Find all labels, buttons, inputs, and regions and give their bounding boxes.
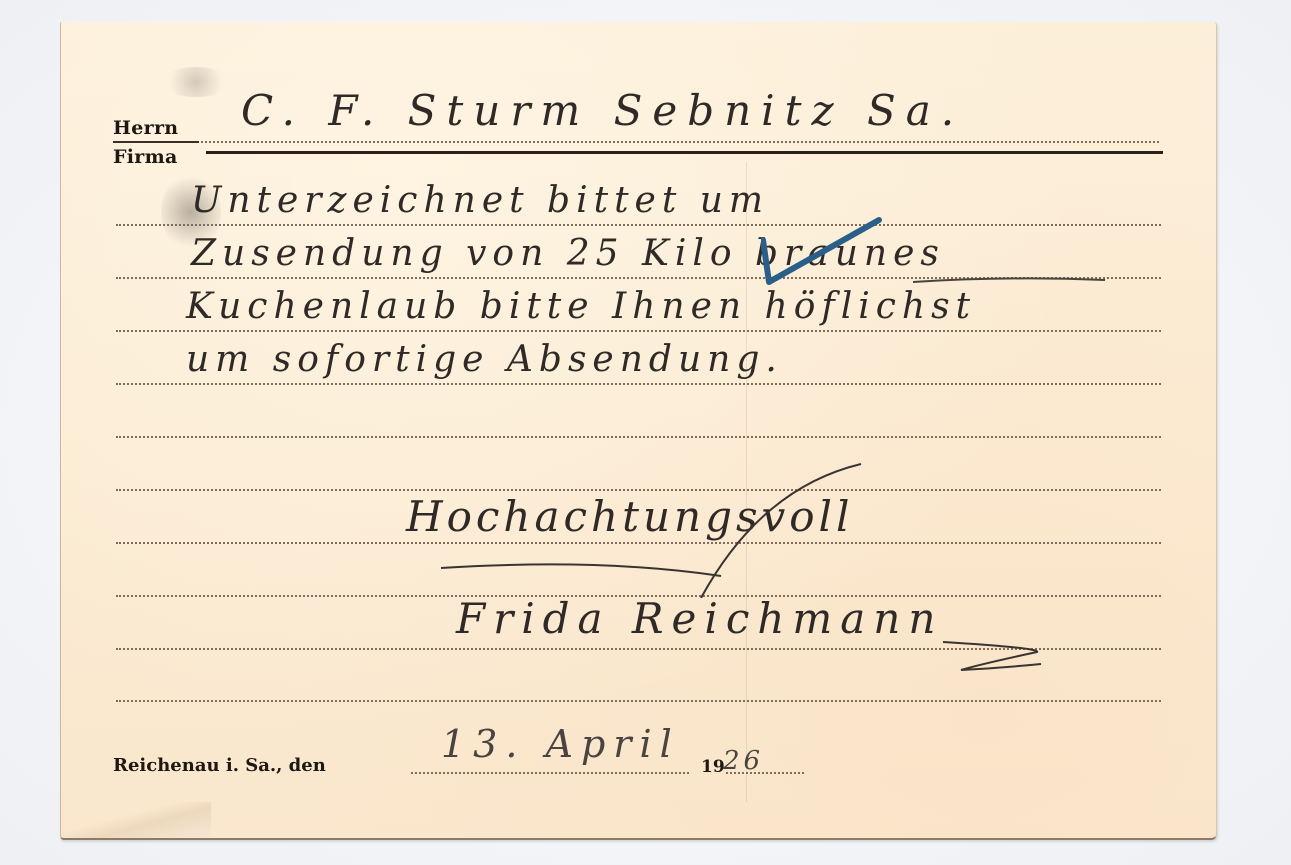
ruled-line-1: [116, 224, 1161, 226]
signature-flourish: [941, 634, 1051, 674]
date-dotted-line: [411, 772, 689, 774]
signature: Frida Reichmann: [456, 594, 943, 643]
closing-flourish: [401, 458, 961, 598]
label-herrn: Herrn: [113, 117, 178, 139]
ink-smudge: [161, 67, 231, 97]
body-line-3: Kuchenlaub bitte Ihnen höflichst: [186, 286, 976, 327]
label-firma: Firma: [113, 146, 178, 168]
ruled-line-5: [116, 436, 1161, 438]
ruled-line-10: [116, 700, 1161, 702]
blue-check-mark-icon: [761, 212, 891, 292]
ruled-line-3: [116, 330, 1161, 332]
handwritten-address: C. F. Sturm Sebnitz Sa.: [241, 86, 964, 135]
handwritten-year-suffix: 26: [723, 746, 764, 776]
corner-wear: [61, 802, 211, 838]
braunes-underline: [909, 274, 1109, 288]
body-line-1: Unterzeichnet bittet um: [191, 180, 769, 221]
herrn-underline: [113, 141, 199, 143]
address-dotted-line: [201, 141, 1159, 143]
ruled-line-4: [116, 383, 1161, 385]
body-line-4: um sofortige Absendung.: [186, 339, 783, 380]
label-year-prefix: 19: [701, 757, 725, 777]
label-place-date: Reichenau i. Sa., den: [113, 755, 326, 776]
firma-rule: [206, 151, 1163, 154]
postcard: Herrn Firma C. F. Sturm Sebnitz Sa. Unte…: [60, 22, 1217, 840]
handwritten-date: 13. April: [441, 722, 680, 766]
